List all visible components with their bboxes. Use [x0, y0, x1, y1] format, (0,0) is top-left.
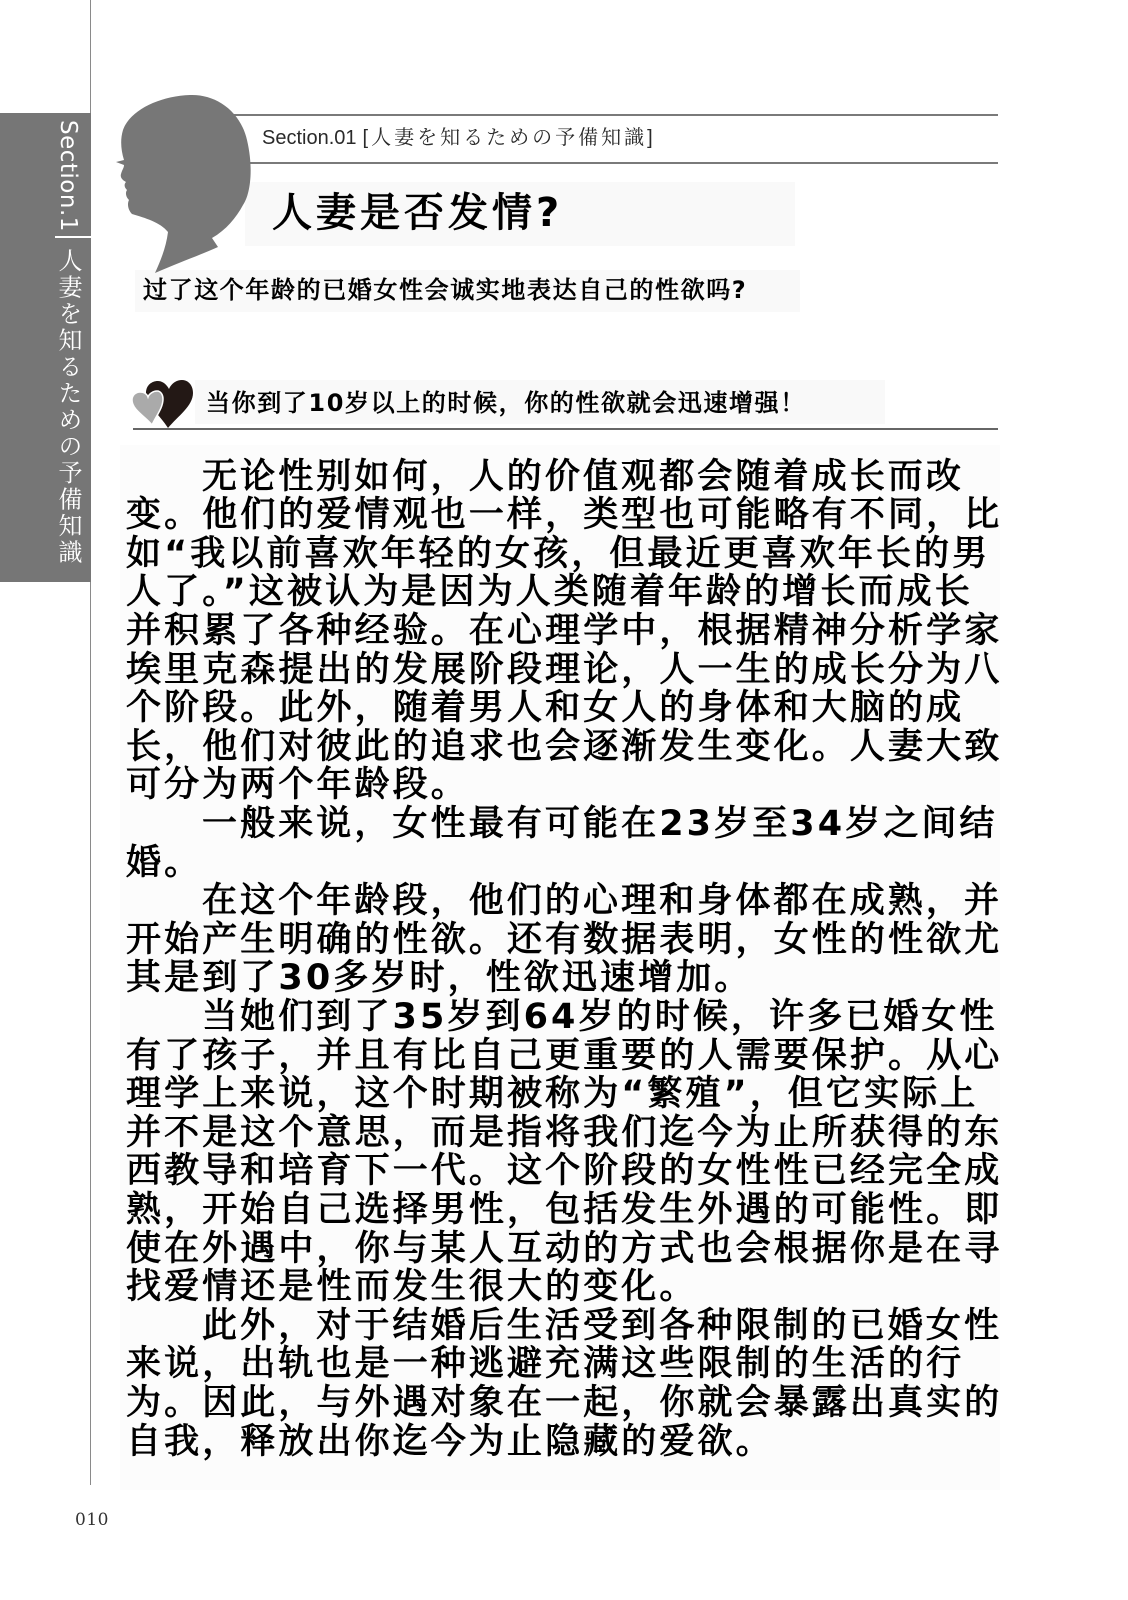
header-rule-top [200, 114, 998, 116]
body-text: 无论性别如何，人的价值观都会随着成长而改 变。他们的爱情观也一样，类型也可能略有… [126, 458, 1026, 1461]
body-line: 人了。”这被认为是因为人类随着年龄的增长而成长 [126, 573, 1026, 612]
body-line: 可分为两个年龄段。 [126, 766, 1026, 805]
body-line: 变。他们的爱情观也一样，类型也可能略有不同，比 [126, 496, 1026, 535]
body-line: 在这个年龄段，他们的心理和身体都在成熟，并 [126, 882, 1026, 921]
body-line: 其是到了30多岁时，性欲迅速增加。 [126, 959, 1026, 998]
body-line: 婚。 [126, 844, 1026, 883]
page-number: 010 [75, 1510, 109, 1530]
body-line: 自我，释放出你迄今为止隐藏的爱欲。 [126, 1423, 1026, 1462]
body-line: 有了孩子，并且有比自己更重要的人需要保护。从心 [126, 1037, 1026, 1076]
body-line: 理学上来说，这个时期被称为“繁殖”，但它实际上 [126, 1075, 1026, 1114]
side-tab-title: 人妻を知るための予備知識 [52, 248, 84, 566]
section-label: Section.01[人妻を知るための予備知識] [262, 125, 656, 151]
body-line: 个阶段。此外，随着男人和女人的身体和大脑的成 [126, 689, 1026, 728]
body-line: 此外，对于结婚后生活受到各种限制的已婚女性 [126, 1307, 1026, 1346]
body-line: 当她们到了35岁到64岁的时候，许多已婚女性 [126, 998, 1026, 1037]
body-line: 如“我以前喜欢年轻的女孩，但最近更喜欢年长的男 [126, 535, 1026, 574]
side-tab-divider [55, 236, 92, 238]
page-title: 人妻是否发情? [272, 188, 563, 238]
section-name: [人妻を知るための予備知識] [363, 127, 656, 149]
body-line: 长，他们对彼此的追求也会逐渐发生变化。人妻大致 [126, 728, 1026, 767]
body-line: 并积累了各种经验。在心理学中，根据精神分析学家 [126, 612, 1026, 651]
body-line: 一般来说，女性最有可能在23岁至34岁之间结 [126, 805, 1026, 844]
body-line: 为。因此，与外遇对象在一起，你就会暴露出真实的 [126, 1384, 1026, 1423]
section-heading: 当你到了10岁以上的时候，你的性欲就会迅速增强！ [206, 388, 806, 418]
body-line: 埃里克森提出的发展阶段理论，人一生的成长分为八 [126, 651, 1026, 690]
body-line: 无论性别如何，人的价值观都会随着成长而改 [126, 458, 1026, 497]
body-line: 找爱情还是性而发生很大的变化。 [126, 1268, 1026, 1307]
woman-silhouette-icon [110, 88, 260, 283]
side-tab-section-label: Section.1 [52, 120, 84, 232]
section-code: Section.01 [262, 127, 357, 149]
hearts-icon [128, 378, 196, 430]
body-line: 来说，出轨也是一种逃避充满这些限制的生活的行 [126, 1345, 1026, 1384]
body-line: 开始产生明确的性欲。还有数据表明，女性的性欲尤 [126, 921, 1026, 960]
body-line: 西教导和培育下一代。这个阶段的女性性已经完全成 [126, 1152, 1026, 1191]
body-line: 熟，开始自己选择男性，包括发生外遇的可能性。即 [126, 1191, 1026, 1230]
body-line: 使在外遇中，你与某人互动的方式也会根据你是在寻 [126, 1230, 1026, 1269]
body-line: 并不是这个意思，而是指将我们迄今为止所获得的东 [126, 1114, 1026, 1153]
heading-rule [133, 428, 998, 430]
header-rule-bottom [200, 162, 998, 164]
